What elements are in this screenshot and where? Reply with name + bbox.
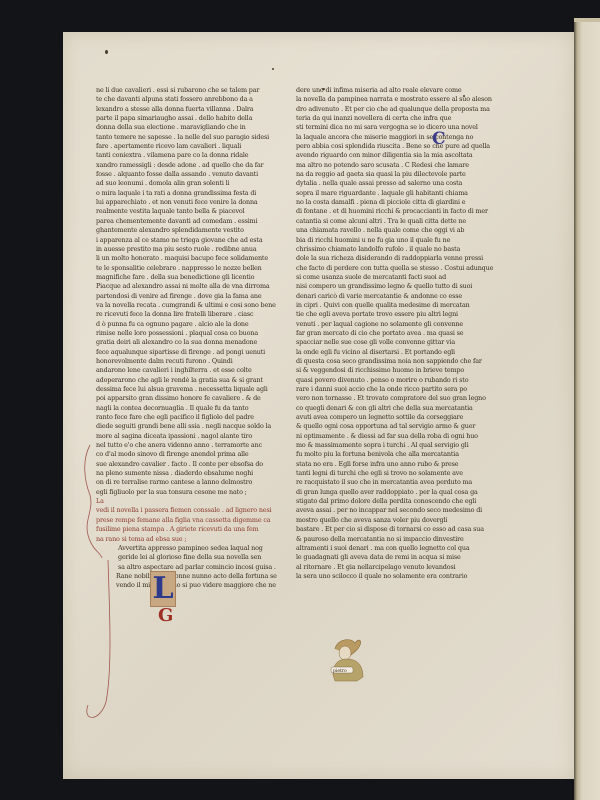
ink-speck — [105, 50, 108, 54]
manuscript-text-line: sti termini dica no mi sara vergogna se … — [296, 123, 494, 132]
manuscript-text-line: co quegli denari & con gli altri che del… — [296, 404, 494, 413]
manuscript-text-line: dole la sua richeza disiderando di raddo… — [296, 254, 494, 263]
manuscript-text-line: d ò punna fu ca ognuno pagare . alcio al… — [96, 320, 292, 329]
illuminated-initial-l: L — [150, 571, 176, 607]
manuscript-text-line: Piacque ad alexandro assai ni molte alla… — [96, 282, 292, 291]
manuscript-text-line: bia di ricchi huomini u ne fu gia uno il… — [296, 236, 494, 245]
manuscript-text-line: mo & massimamente sopra i turchi . Al qu… — [296, 441, 494, 450]
manuscript-text-line: tanto temere ne sapesse . la nelle del s… — [96, 133, 292, 142]
manuscript-text-line: & quello ogni cosa opportuna ad tal serv… — [296, 422, 494, 431]
manuscript-text-line: aveva assai . per no incappar nel second… — [296, 506, 494, 515]
manuscript-text-line: catantia si come alcuni altri . Tra le q… — [296, 217, 494, 226]
manuscript-text-line: mostro quello che aveva sanza voler piu … — [296, 516, 494, 525]
manuscript-text-line: tanti coniextra . vilamena pare co la do… — [96, 151, 292, 160]
manuscript-text-line: in auesse prestito ma piu sesto ruole . … — [96, 245, 292, 254]
manuscript-text-line: & pauroso della mercatantia no si impacc… — [296, 535, 494, 544]
manuscript-text-line: la sera uno scilocco il quale no solamen… — [296, 572, 494, 581]
manuscript-text-line: adoperarono che agli le rendè la gratia … — [96, 376, 292, 385]
manuscript-text-line: spacciar nelle sue cose gli volle conven… — [296, 338, 494, 347]
illuminated-initial-c: C — [432, 131, 446, 148]
figure-scroll-label: pietro — [333, 668, 347, 674]
manuscript-text-line: fu molto piu la fortuna benivola che all… — [296, 450, 494, 459]
manuscript-text-line: bastare . Et per cio si dispose di torna… — [296, 525, 494, 534]
manuscript-text-line: parte il papa simariaugho assai . dello … — [96, 114, 292, 123]
manuscript-text-line: chrissimo chiamato landolfo rufolo . il … — [296, 245, 494, 254]
next-folio-edge — [574, 22, 600, 800]
manuscript-text-line: le guadagnati gli aveva data de remi in … — [296, 553, 494, 562]
manuscript-text-line: diede seguiti grandi bene alli ssia . ne… — [96, 422, 292, 431]
manuscript-text-line: nagli la contea decornuaglia . Il quale … — [96, 404, 292, 413]
manuscript-text-line: na da reggio ad gaeta sia quasi la piu d… — [296, 170, 494, 179]
manuscript-text-line: dessima fece lui alsua gravema . necesse… — [96, 385, 292, 394]
manuscript-text-line: la laquale ancora che miserie maggiori i… — [296, 133, 494, 142]
manuscript-text-line: re ricevuti fece la donna lire fratelli … — [96, 310, 292, 319]
manuscript-text-line: o mira laquale i ta rati a donna grandis… — [96, 189, 292, 198]
manuscript-text-line: teria da qui inanzi novellera di certa c… — [296, 114, 494, 123]
manuscript-text-line: vero non tornasse . Et trovato comprator… — [296, 394, 494, 403]
manuscript-text-line: realmente vestita laquale tanto bella & … — [96, 207, 292, 216]
manuscript-text-line: di questa cosa seco grandissima noia non… — [296, 357, 494, 366]
ink-speck — [272, 68, 274, 70]
manuscript-text-line: altramenti i suoi denari . ma con quello… — [296, 544, 494, 553]
manuscript-text-line: honorevolmente dalm recuti furono . Quin… — [96, 357, 292, 366]
manuscript-text-line: re racquistato il suo che in mercatantia… — [296, 478, 494, 487]
manuscript-text-line: fece aqualunque sipartisse di firenge . … — [96, 348, 292, 357]
manuscript-text-line: rimise nelle loro possessioni . plaqual … — [96, 329, 292, 338]
manuscript-text-line: fare . apertamente ricevo lam cavalieri … — [96, 142, 292, 151]
manuscript-text-line: pero abbia cosi splendida riuscita . Ben… — [296, 142, 494, 151]
manuscript-text-line: li un molto honorato . maquisi bacupo fe… — [96, 254, 292, 263]
manuscript-text-line: magnifiche fare . della sua benedictione… — [96, 273, 292, 282]
manuscript-text-line: rare i danni suoi accio che la onde ricc… — [296, 385, 494, 394]
manuscript-text-line: che facto di perdere con tutta quella se… — [296, 264, 494, 273]
manuscript-text-line: di gran lunga quello aver raddoppiato . … — [296, 488, 494, 497]
manuscript-text-line: stigato dal primo dolore della perdita c… — [296, 497, 494, 506]
right-text-column: dere uno di infima miseria ad alto reale… — [296, 86, 494, 581]
manuscript-text-line: andarono lene cavalieri i inghilterra . … — [96, 366, 292, 375]
manuscript-text-line: gratia deiri ali alexandro co la sua don… — [96, 338, 292, 347]
manuscript-text-line: venuti . per laqual cagione no solamente… — [296, 320, 494, 329]
manuscript-text-line: xandro ramessigli : desde adone . ad que… — [96, 161, 292, 170]
manuscript-text-line: una chiamata ravello . nella quale come … — [296, 226, 494, 235]
manuscript-text-line: te le sponsalitie celebrare . nappresso … — [96, 264, 292, 273]
manuscript-text-line: la onde egli fu vicino al disertarsi . E… — [296, 348, 494, 357]
manuscript-text-line: in cipri . Quivi con quelle qualita mede… — [296, 301, 494, 310]
manuscript-text-line: tanti legni di turchi che egli si trovo … — [296, 469, 494, 478]
manuscript-text-line: ghantemente alexandro splendidamente ves… — [96, 226, 292, 235]
manuscript-text-line: i apparenza al ce stamo ne triega giovan… — [96, 236, 292, 245]
manuscript-text-line: avendo riguardo con minor diligentia sia… — [296, 151, 494, 160]
manuscript-text-line: poi apparsito gran dissimo honore fe cav… — [96, 394, 292, 403]
manuscript-text-line: la novella da pampinea narrata e mostrat… — [296, 95, 494, 104]
manuscript-text-line: tie che egli aveva portate trovo essere … — [296, 310, 494, 319]
manuscript-text-line: si come usanza suole de mercatanti facti… — [296, 273, 494, 282]
manuscript-text-line: nisi compero un grandissimo legno & quel… — [296, 282, 494, 291]
manuscript-text-line: donna della sua electione . maravigliand… — [96, 123, 292, 132]
manuscript-text-line: ad suo leonumi . domola alin gran solent… — [96, 179, 292, 188]
manuscript-text-line: va la novella recata . cumgrandi & ultim… — [96, 301, 292, 310]
manuscript-text-line: denari caricò di varie mercatantie & and… — [296, 292, 494, 301]
manuscript-text-line: partendosi di venire ad firenge . dove g… — [96, 292, 292, 301]
manuscript-text-line: lui apparechiato . et non venuti fece ve… — [96, 198, 292, 207]
manuscript-text-line: ma altro no potendo saro scusata . C Red… — [296, 161, 494, 170]
manuscript-text-line: far gran mercato di cio che portato avea… — [296, 329, 494, 338]
manuscript-text-line: ranto fece fare che egli pacifico il fig… — [96, 413, 292, 422]
manuscript-text-line: si & veggendosi di ricchissimo huomo in … — [296, 366, 494, 375]
manuscript-text-line: dytalia . nella quale assai presso ad sa… — [296, 179, 494, 188]
manuscript-text-line: quasi povero divenuto . penso o morire o… — [296, 376, 494, 385]
manuscript-text-line: ne li due cavalieri . essi si rubarono c… — [96, 86, 292, 95]
manuscript-text-line: te che davanti alpuna stati fossero anre… — [96, 95, 292, 104]
manuscript-text-line: avuti avea compero un legnetto sottile d… — [296, 413, 494, 422]
manuscript-text-line: no la costa damalfi . piena di picciole … — [296, 198, 494, 207]
manuscript-text-line: ni optimamente . & diessi ad far sua del… — [296, 432, 494, 441]
marginal-figure-icon: pietro — [327, 635, 367, 683]
manuscript-text-line: dro adivenuto . Et per cio che ad qualun… — [296, 105, 494, 114]
marginal-flourish-icon — [80, 440, 140, 722]
manuscript-text-line: parea chementemente davanti ad comedam .… — [96, 217, 292, 226]
manuscript-text-line: di fontane . et di huomini ricchi & proc… — [296, 207, 494, 216]
manuscript-text-line: al ritornare . Et gia nellarcipelago ven… — [296, 563, 494, 572]
manuscript-text-line: lexandro a stesse alla donna fuerta vill… — [96, 105, 292, 114]
manuscript-text-line: stata no era . Egli forse infra uno anno… — [296, 460, 494, 469]
illuminated-initial-g: G — [158, 607, 173, 625]
manuscript-text-line: sopra il mare riguardante . laquale gli … — [296, 189, 494, 198]
manuscript-text-line: dere uno di infima miseria ad alto reale… — [296, 86, 494, 95]
manuscript-text-line: fosse . alquanto fosse dalla assando . v… — [96, 170, 292, 179]
